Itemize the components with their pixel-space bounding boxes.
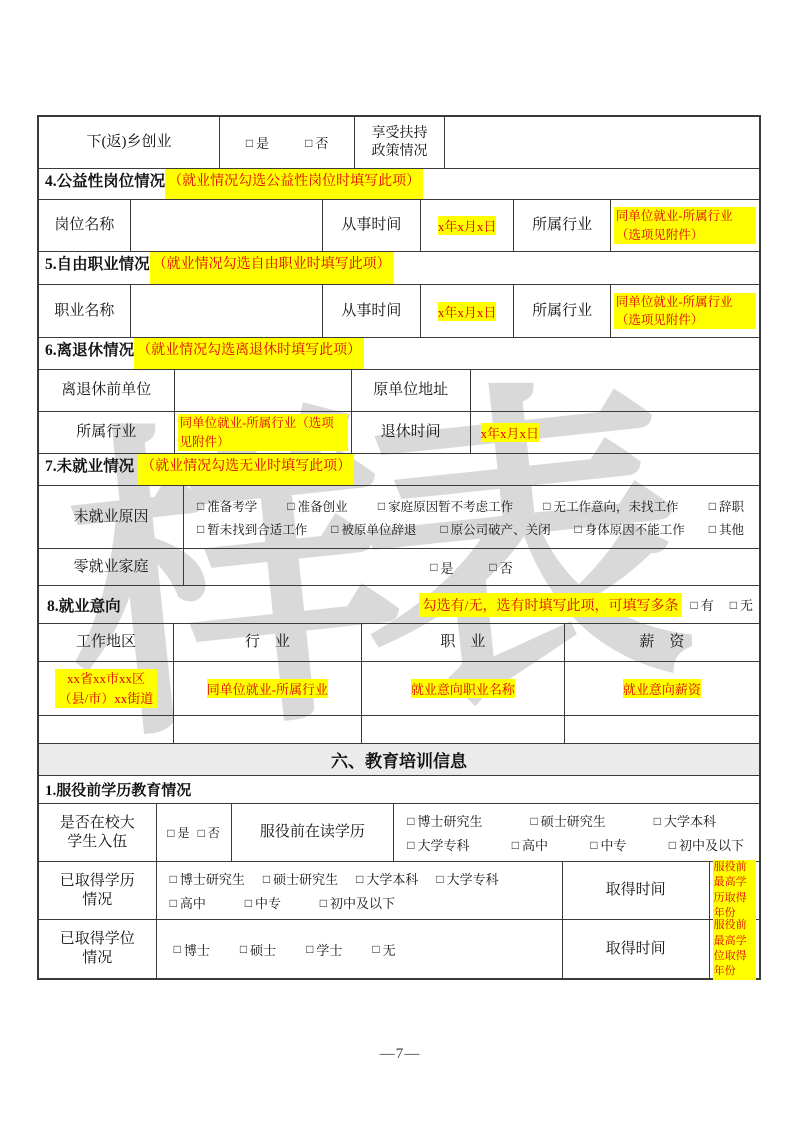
checkbox-option-label: 否 bbox=[315, 133, 328, 152]
checkbox-option[interactable]: □博士 bbox=[174, 940, 210, 959]
degree-time-label: 取得时间 bbox=[562, 920, 709, 978]
attained-edu-label: 已取得学历情况 bbox=[39, 862, 156, 919]
retire-industry-hint: 同单位就业-所属行业（选项见附件） bbox=[174, 412, 351, 453]
checkbox-option-label: 无 bbox=[740, 595, 753, 614]
zero-family-options: □是□否 bbox=[183, 549, 759, 585]
checkbox-icon[interactable]: □ bbox=[709, 523, 716, 535]
freelance-name-label: 职业名称 bbox=[39, 285, 130, 337]
retire-time-hint: x年x月x日 bbox=[470, 412, 759, 453]
checkbox-option[interactable]: □暂未找到合适工作 bbox=[197, 520, 307, 538]
freelance-time-hint: x年x月x日 bbox=[420, 285, 514, 337]
row-unemployed-reason: 未就业原因 □准备考学□准备创业□家庭原因暂不考虑工作□无工作意向，未找工作□辞… bbox=[39, 485, 759, 548]
reason-options-line2: □暂未找到合适工作□被原单位辞退□原公司破产、关闭□身体原因不能工作□其他 bbox=[187, 520, 756, 538]
checkbox-option[interactable]: □中专 bbox=[245, 893, 281, 912]
checkbox-option[interactable]: □准备创业 bbox=[287, 497, 347, 515]
col-header-region: 工作地区 bbox=[39, 624, 173, 661]
intention-region-hint: xx省xx市xx区（县/市）xx街道 bbox=[39, 662, 173, 715]
edu-time-label: 取得时间 bbox=[562, 862, 709, 919]
checkbox-option[interactable]: □初中及以下 bbox=[669, 835, 744, 854]
checkbox-option[interactable]: □大学专科 bbox=[407, 835, 469, 854]
checkbox-option[interactable]: □否 bbox=[198, 824, 220, 841]
retire-unit-label: 离退休前单位 bbox=[39, 370, 174, 411]
post-name-field bbox=[130, 200, 322, 251]
checkbox-option-label: 暂未找到合适工作 bbox=[207, 520, 307, 538]
checkbox-option-label: 原公司破产、关闭 bbox=[451, 520, 551, 538]
row-attained-education: 已取得学历情况 □博士研究生□硕士研究生□大学本科□大学专科 □高中□中专□初中… bbox=[39, 861, 759, 919]
post-industry-label: 所属行业 bbox=[513, 200, 609, 251]
checkbox-icon[interactable]: □ bbox=[590, 839, 597, 851]
col-header-salary: 薪 资 bbox=[564, 624, 759, 661]
checkbox-option[interactable]: □否 bbox=[490, 558, 513, 577]
checkbox-icon[interactable]: □ bbox=[306, 943, 313, 955]
row-attained-degree: 已取得学位情况 □博士□硕士□学士□无 取得时间 服役前最高学位取得年份 bbox=[39, 919, 759, 978]
zero-family-label: 零就业家庭 bbox=[39, 549, 183, 585]
attained-edu-options: □博士研究生□硕士研究生□大学本科□大学专科 □高中□中专□初中及以下 bbox=[156, 862, 562, 919]
retire-time-label: 退休时间 bbox=[351, 412, 470, 453]
checkbox-option-label: 准备考学 bbox=[207, 497, 257, 515]
checkbox-icon[interactable]: □ bbox=[440, 523, 447, 535]
checkbox-option-label: 是 bbox=[440, 558, 453, 577]
freelance-time-label: 从事时间 bbox=[322, 285, 420, 337]
degree-options: □博士□硕士□学士□无 bbox=[160, 940, 559, 959]
checkbox-option-label: 其他 bbox=[719, 520, 744, 538]
checkbox-option[interactable]: □无 bbox=[730, 595, 753, 614]
checkbox-option-label: 被原单位辞退 bbox=[341, 520, 416, 538]
have-none-options: □有□无 bbox=[690, 595, 753, 614]
checkbox-icon[interactable]: □ bbox=[530, 815, 537, 827]
checkbox-option[interactable]: □准备考学 bbox=[197, 497, 257, 515]
degree-time-hint: 服役前最高学位取得年份 bbox=[709, 920, 759, 978]
post-name-label: 岗位名称 bbox=[39, 200, 130, 251]
checkbox-icon[interactable]: □ bbox=[730, 599, 737, 611]
checkbox-icon[interactable]: □ bbox=[512, 839, 519, 851]
section6-header: 6.离退休情况（就业情况勾选离退休时填写此项） bbox=[39, 337, 759, 369]
checkbox-icon[interactable]: □ bbox=[197, 523, 204, 535]
checkbox-icon[interactable]: □ bbox=[287, 500, 294, 512]
section5-header: 5.自由职业情况（就业情况勾选自由职业时填写此项） bbox=[39, 251, 759, 284]
checkbox-icon[interactable]: □ bbox=[331, 523, 338, 535]
return-home-checkboxes: □是□否 bbox=[219, 117, 354, 168]
empty-cell bbox=[173, 716, 361, 743]
checkbox-icon[interactable]: □ bbox=[407, 839, 414, 851]
empty-cell bbox=[39, 716, 173, 743]
col-header-industry: 行 业 bbox=[173, 624, 361, 661]
college-enlist-options: □是□否 bbox=[156, 804, 231, 861]
empty-cell bbox=[564, 716, 759, 743]
freelance-name-field bbox=[130, 285, 322, 337]
unit-address-label: 原单位地址 bbox=[351, 370, 470, 411]
retire-unit-field bbox=[174, 370, 351, 411]
unit-address-field bbox=[470, 370, 759, 411]
checkbox-icon[interactable]: □ bbox=[246, 137, 253, 149]
checkbox-option[interactable]: □其他 bbox=[709, 520, 744, 538]
checkbox-icon[interactable]: □ bbox=[240, 943, 247, 955]
checkbox-option[interactable]: □博士研究生 bbox=[170, 869, 245, 888]
checkbox-option[interactable]: □否 bbox=[305, 133, 328, 152]
checkbox-icon[interactable]: □ bbox=[305, 137, 312, 149]
college-enlist-label: 是否在校大学生入伍 bbox=[39, 804, 156, 861]
document-page: 样表 下(返)乡创业 □是□否 享受扶持政策情况 4.公益性岗位情况（就业情况勾… bbox=[0, 0, 800, 1131]
checkbox-icon[interactable]: □ bbox=[197, 500, 204, 512]
yes-no-options: □是□否 bbox=[160, 824, 228, 841]
checkbox-icon[interactable]: □ bbox=[378, 500, 385, 512]
checkbox-option-label: 身体原因不能工作 bbox=[585, 520, 685, 538]
intention-industry-hint: 同单位就业-所属行业 bbox=[173, 662, 361, 715]
checkbox-option-label: 否 bbox=[500, 558, 513, 577]
checkbox-icon[interactable]: □ bbox=[430, 561, 437, 573]
post-time-label: 从事时间 bbox=[322, 200, 420, 251]
policy-value-field bbox=[444, 117, 759, 168]
checkbox-option[interactable]: □大学本科 bbox=[654, 811, 716, 830]
checkbox-icon[interactable]: □ bbox=[167, 827, 174, 839]
education-subsection-header: 1.服役前学历教育情况 bbox=[39, 775, 759, 803]
study-options-line1: □博士研究生□硕士研究生□大学本科 bbox=[397, 811, 756, 830]
unemployed-reason-options: □准备考学□准备创业□家庭原因暂不考虑工作□无工作意向，未找工作□辞职 □暂未找… bbox=[183, 486, 759, 548]
checkbox-icon[interactable]: □ bbox=[263, 873, 270, 885]
row-retire-unit: 离退休前单位 原单位地址 bbox=[39, 369, 759, 411]
checkbox-option[interactable]: □有 bbox=[690, 595, 713, 614]
row-college-enlist: 是否在校大学生入伍 □是□否 服役前在读学历 □博士研究生□硕士研究生□大学本科… bbox=[39, 803, 759, 861]
intention-occupation-hint: 就业意向职业名称 bbox=[361, 662, 564, 715]
checkbox-option[interactable]: □是 bbox=[167, 824, 189, 841]
checkbox-icon[interactable]: □ bbox=[490, 561, 497, 573]
checkbox-icon[interactable]: □ bbox=[407, 815, 414, 827]
intention-salary-hint: 就业意向薪资 bbox=[564, 662, 759, 715]
checkbox-option-label: 大学专科 bbox=[417, 835, 469, 854]
retire-industry-label: 所属行业 bbox=[39, 412, 174, 453]
checkbox-icon[interactable]: □ bbox=[174, 943, 181, 955]
post-industry-hint: 同单位就业-所属行业（选项见附件） bbox=[610, 200, 759, 251]
row-intention-headers: 工作地区 行 业 职 业 薪 资 bbox=[39, 623, 759, 661]
checkbox-option[interactable]: □辞职 bbox=[709, 497, 744, 515]
checkbox-option-label: 中专 bbox=[255, 893, 281, 912]
col-header-occupation: 职 业 bbox=[361, 624, 564, 661]
row-public-post: 岗位名称 从事时间 x年x月x日 所属行业 同单位就业-所属行业（选项见附件） bbox=[39, 199, 759, 251]
checkbox-option[interactable]: □高中 bbox=[512, 835, 548, 854]
post-time-hint: x年x月x日 bbox=[420, 200, 514, 251]
checkbox-icon[interactable]: □ bbox=[690, 599, 697, 611]
edu-options-line1: □博士研究生□硕士研究生□大学本科□大学专科 bbox=[160, 869, 559, 888]
checkbox-icon[interactable]: □ bbox=[170, 873, 177, 885]
pre-service-study-options: □博士研究生□硕士研究生□大学本科 □大学专科□高中□中专□初中及以下 bbox=[393, 804, 759, 861]
checkbox-icon[interactable]: □ bbox=[669, 839, 676, 851]
row-return-home: 下(返)乡创业 □是□否 享受扶持政策情况 bbox=[39, 117, 759, 168]
checkbox-option[interactable]: □硕士研究生 bbox=[263, 869, 338, 888]
yes-no-options: □是□否 bbox=[223, 133, 351, 152]
unemployed-reason-label: 未就业原因 bbox=[39, 486, 183, 548]
row-intention-empty bbox=[39, 715, 759, 743]
checkbox-option[interactable]: □身体原因不能工作 bbox=[575, 520, 685, 538]
section8-header: 8.就业意向 勾选有/无，选有时填写此项，可填写多条 □有□无 bbox=[39, 585, 759, 623]
checkbox-icon[interactable]: □ bbox=[575, 523, 582, 535]
attained-degree-label: 已取得学位情况 bbox=[39, 920, 156, 978]
study-options-line2: □大学专科□高中□中专□初中及以下 bbox=[397, 835, 756, 854]
checkbox-option[interactable]: □大学本科 bbox=[356, 869, 418, 888]
checkbox-option-label: 高中 bbox=[522, 835, 548, 854]
checkbox-option-label: 博士 bbox=[184, 940, 210, 959]
checkbox-option[interactable]: □是 bbox=[246, 133, 269, 152]
checkbox-icon[interactable]: □ bbox=[356, 873, 363, 885]
education-section-header: 六、教育培训信息 bbox=[39, 743, 759, 775]
row-retire-industry: 所属行业 同单位就业-所属行业（选项见附件） 退休时间 x年x月x日 bbox=[39, 411, 759, 453]
checkbox-option[interactable]: □原公司破产、关闭 bbox=[440, 520, 550, 538]
checkbox-option-label: 中专 bbox=[600, 835, 626, 854]
row-zero-employment-family: 零就业家庭 □是□否 bbox=[39, 548, 759, 585]
checkbox-option[interactable]: □是 bbox=[430, 558, 453, 577]
checkbox-option-label: 硕士研究生 bbox=[541, 811, 606, 830]
checkbox-option[interactable]: □家庭原因暂不考虑工作 bbox=[378, 497, 513, 515]
section7-header: 7.未就业情况（就业情况勾选无业时填写此项） bbox=[39, 453, 759, 485]
checkbox-option-label: 初中及以下 bbox=[330, 893, 395, 912]
checkbox-option[interactable]: □大学专科 bbox=[436, 869, 498, 888]
checkbox-option-label: 初中及以下 bbox=[679, 835, 744, 854]
checkbox-option[interactable]: □博士研究生 bbox=[407, 811, 482, 830]
checkbox-option-label: 辞职 bbox=[719, 497, 744, 515]
edu-options-line2: □高中□中专□初中及以下 bbox=[160, 893, 407, 912]
checkbox-option[interactable]: □无工作意向，未找工作 bbox=[543, 497, 678, 515]
checkbox-icon[interactable]: □ bbox=[372, 943, 379, 955]
checkbox-option-label: 是 bbox=[178, 824, 190, 841]
checkbox-icon[interactable]: □ bbox=[245, 897, 252, 909]
pre-service-study-label: 服役前在读学历 bbox=[231, 804, 394, 861]
checkbox-option-label: 大学本科 bbox=[664, 811, 716, 830]
empty-cell bbox=[361, 716, 564, 743]
checkbox-option-label: 博士研究生 bbox=[417, 811, 482, 830]
checkbox-option[interactable]: □学士 bbox=[306, 940, 342, 959]
checkbox-icon[interactable]: □ bbox=[543, 500, 550, 512]
checkbox-option[interactable]: □硕士研究生 bbox=[530, 811, 605, 830]
row-freelance: 职业名称 从事时间 x年x月x日 所属行业 同单位就业-所属行业（选项见附件） bbox=[39, 284, 759, 337]
checkbox-icon[interactable]: □ bbox=[170, 897, 177, 909]
checkbox-option-label: 学士 bbox=[316, 940, 342, 959]
checkbox-option-label: 博士研究生 bbox=[180, 869, 245, 888]
checkbox-icon[interactable]: □ bbox=[436, 873, 443, 885]
checkbox-option-label: 无 bbox=[383, 940, 396, 959]
attained-degree-options: □博士□硕士□学士□无 bbox=[156, 920, 562, 978]
checkbox-option-label: 硕士 bbox=[250, 940, 276, 959]
freelance-industry-hint: 同单位就业-所属行业（选项见附件） bbox=[610, 285, 759, 337]
checkbox-option[interactable]: □无 bbox=[372, 940, 395, 959]
checkbox-option-label: 准备创业 bbox=[298, 497, 348, 515]
checkbox-option[interactable]: □初中及以下 bbox=[320, 893, 395, 912]
checkbox-option-label: 大学专科 bbox=[447, 869, 499, 888]
edu-time-hint: 服役前最高学历取得年份 bbox=[709, 862, 759, 919]
checkbox-option-label: 硕士研究生 bbox=[273, 869, 338, 888]
checkbox-option-label: 高中 bbox=[180, 893, 206, 912]
page-number: —7— bbox=[0, 1046, 800, 1063]
checkbox-option[interactable]: □高中 bbox=[170, 893, 206, 912]
checkbox-option-label: 大学本科 bbox=[366, 869, 418, 888]
checkbox-option[interactable]: □硕士 bbox=[240, 940, 276, 959]
checkbox-icon[interactable]: □ bbox=[654, 815, 661, 827]
checkbox-option-label: 是 bbox=[256, 133, 269, 152]
checkbox-option-label: 有 bbox=[701, 595, 714, 614]
section4-header: 4.公益性岗位情况（就业情况勾选公益性岗位时填写此项） bbox=[39, 168, 759, 199]
row-intention-hints: xx省xx市xx区（县/市）xx街道 同单位就业-所属行业 就业意向职业名称 就… bbox=[39, 661, 759, 715]
checkbox-option-label: 无工作意向，未找工作 bbox=[554, 497, 679, 515]
checkbox-option-label: 否 bbox=[208, 824, 220, 841]
checkbox-icon[interactable]: □ bbox=[320, 897, 327, 909]
checkbox-icon[interactable]: □ bbox=[198, 827, 205, 839]
reason-options-line1: □准备考学□准备创业□家庭原因暂不考虑工作□无工作意向，未找工作□辞职 bbox=[187, 497, 756, 515]
form-table: 下(返)乡创业 □是□否 享受扶持政策情况 4.公益性岗位情况（就业情况勾选公益… bbox=[37, 115, 761, 980]
checkbox-option[interactable]: □被原单位辞退 bbox=[331, 520, 416, 538]
return-home-label: 下(返)乡创业 bbox=[39, 117, 219, 168]
checkbox-icon[interactable]: □ bbox=[709, 500, 716, 512]
checkbox-option-label: 家庭原因暂不考虑工作 bbox=[388, 497, 513, 515]
yes-no-options: □是□否 bbox=[187, 558, 756, 577]
checkbox-option[interactable]: □中专 bbox=[590, 835, 626, 854]
policy-label: 享受扶持政策情况 bbox=[354, 117, 443, 168]
freelance-industry-label: 所属行业 bbox=[513, 285, 609, 337]
